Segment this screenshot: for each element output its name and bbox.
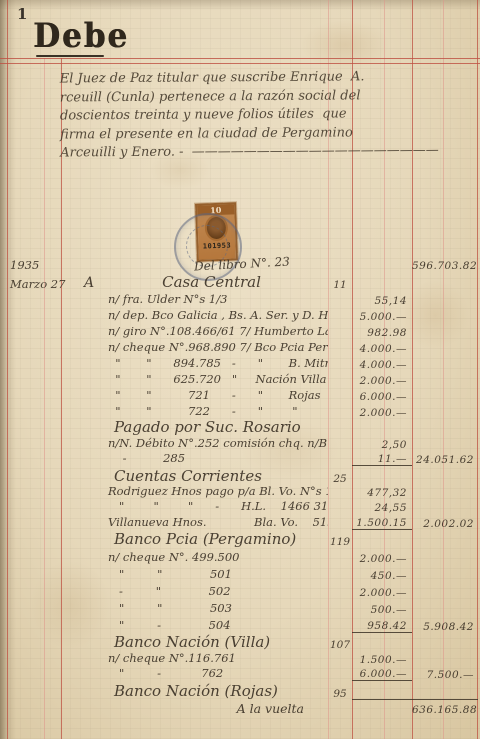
entry-amount: 982.98 <box>352 327 412 339</box>
page-top-shadow <box>0 0 480 10</box>
entry-date: 1935 <box>0 258 62 272</box>
ledger-row: " - 7626.000.—7.500.— <box>0 666 478 681</box>
entry-description: Villanueva Hnos. Bla. Vo. 5190 96 <box>62 511 328 530</box>
entry-amount: 2,50 <box>352 439 412 451</box>
entry-folio: 107 <box>328 639 352 651</box>
entry-folio: 95 <box>328 688 352 700</box>
entry-text: " " 503 <box>108 601 232 615</box>
entry-amount: 6.000.— <box>352 391 412 403</box>
entry-amount: 450.— <box>352 570 412 582</box>
entry-total <box>412 699 478 700</box>
entry-total: 24.051.62 <box>412 454 478 466</box>
ledger-row: - 28511.—24.051.62 <box>0 451 478 466</box>
ledger-entries: 1935Del libro N°. 23596.703.82Marzo 27AC… <box>0 256 478 716</box>
entry-amount: 958.42 <box>352 620 412 633</box>
entry-amount: 24,55 <box>352 502 412 514</box>
entry-text: " - 762 <box>108 666 223 680</box>
entry-text: Villanueva Hnos. Bla. Vo. 5190 96 <box>108 515 328 529</box>
ledger-row: " - 504958.425.908.42 <box>0 616 478 633</box>
entry-text: - 285 <box>108 451 185 465</box>
entry-amount: 2.000.— <box>352 587 412 599</box>
page-title: Debe <box>33 17 129 56</box>
entry-text: Del libro N°. 23 <box>194 254 291 272</box>
ledger-row: A la vuelta636.165.88 <box>0 700 478 716</box>
entry-description: Banco Nación (Rojas) <box>62 681 328 700</box>
certification-text: El Juez de Paz titular que suscribe Enri… <box>60 68 475 163</box>
entry-amount: 11.— <box>352 453 412 466</box>
entry-date: Marzo 27 <box>0 277 62 291</box>
entry-amount: 2.000.— <box>352 375 412 387</box>
entry-text: n/ cheque N°. 499.500 <box>108 550 240 564</box>
entry-amount <box>352 699 412 700</box>
entry-text: A la vuelta <box>62 701 328 716</box>
header-rule <box>0 63 480 64</box>
header-rule <box>0 58 480 59</box>
entry-total: 5.908.42 <box>412 621 478 633</box>
page-number: 1 <box>17 5 27 23</box>
entry-amount: 477,32 <box>352 487 412 499</box>
entry-text: " " 501 <box>108 567 232 581</box>
entry-description: Del libro N°. 23 <box>62 253 328 272</box>
title-flourish <box>36 55 104 57</box>
certification-line: Arceuilli y Enero. - ——————————————————— <box>60 142 474 163</box>
ledger-page: 1 Debe El Juez de Paz titular que suscri… <box>0 0 480 739</box>
entry-folio: 25 <box>328 473 352 485</box>
ledger-row: Banco Nación (Rojas)95 <box>0 681 478 700</box>
entry-amount: 6.000.— <box>352 668 412 681</box>
entry-amount: 2.000.— <box>352 407 412 419</box>
entry-total: 2.002.02 <box>412 518 478 530</box>
entry-amount: 5.000.— <box>352 311 412 323</box>
entry-text: - " 502 <box>108 584 231 598</box>
entry-description: " - 762 <box>62 662 328 681</box>
entry-text: " " 722 - " " <box>108 404 298 418</box>
entry-amount: 4.000.— <box>352 343 412 355</box>
entry-description: " - 504 <box>62 614 328 633</box>
entry-amount: 1.500.— <box>352 654 412 666</box>
entry-total: 596.703.82 <box>412 260 478 272</box>
entry-amount: 2.000.— <box>352 553 412 565</box>
entry-amount: 500.— <box>352 604 412 616</box>
entry-folio: 119 <box>328 536 352 548</box>
entry-total: 7.500.— <box>412 669 478 681</box>
entry-folio: 11 <box>328 279 352 291</box>
entry-total: 636.165.88 <box>412 704 478 716</box>
entry-description: A la vuelta <box>62 701 328 716</box>
ledger-row: Villanueva Hnos. Bla. Vo. 5190 961.500.1… <box>0 514 478 530</box>
entry-amount: 4.000.— <box>352 359 412 371</box>
entry-description: - 285 <box>62 447 328 466</box>
entry-text: " - 504 <box>108 618 231 632</box>
entry-amount: 55,14 <box>352 295 412 307</box>
entry-amount: 1.500.15 <box>352 517 412 530</box>
ledger-row: 1935Del libro N°. 23596.703.82 <box>0 256 478 272</box>
account-heading: Banco Nación (Rojas) <box>112 682 282 700</box>
